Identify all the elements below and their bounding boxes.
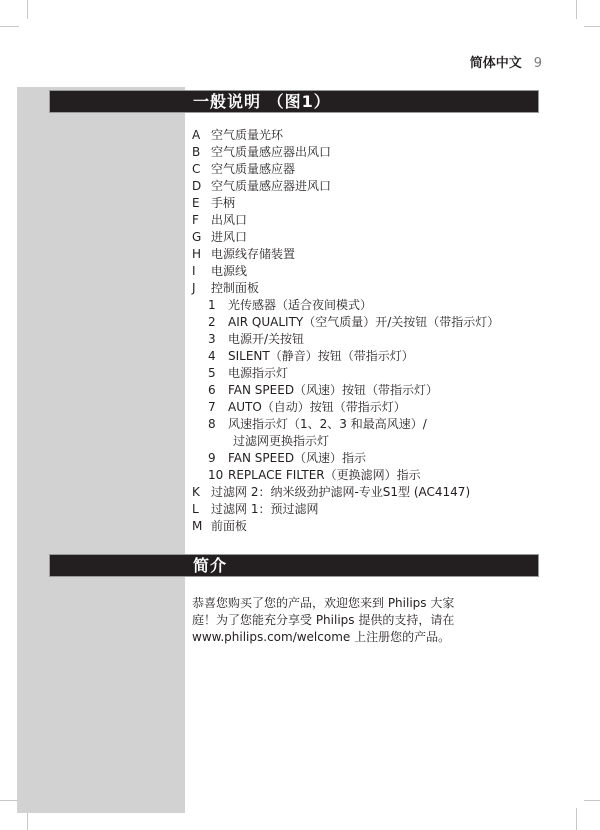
list-item: M前面板 xyxy=(192,518,542,535)
sub-list-item: 1光传感器（适合夜间模式） xyxy=(192,297,542,314)
margin-gray-column xyxy=(17,87,185,813)
list-item: A空气质量光环 xyxy=(192,127,542,144)
list-item: D空气质量感应器进风口 xyxy=(192,178,542,195)
list-item: I电源线 xyxy=(192,263,542,280)
crop-mark-top-right-v xyxy=(576,0,577,19)
list-item: G进风口 xyxy=(192,229,542,246)
list-item: B空气质量感应器出风口 xyxy=(192,144,542,161)
parts-list: A空气质量光环 B空气质量感应器出风口 C空气质量感应器 D空气质量感应器进风口… xyxy=(192,127,542,535)
crop-mark-bottom-left-v xyxy=(27,810,28,830)
section-header-general-description: 一般说明 （图1） xyxy=(49,90,539,113)
paragraph-line: 恭喜您购买了您的产品，欢迎您来到 Philips 大家 xyxy=(192,595,492,612)
section-header-introduction: 简介 xyxy=(49,554,539,577)
section-title: 简介 xyxy=(193,555,227,577)
crop-mark-top-left-h xyxy=(0,26,19,27)
language-label: 简体中文 xyxy=(470,56,522,71)
sub-list-item-continuation: 过滤网更换指示灯 xyxy=(192,433,542,450)
sub-list-item: 5电源指示灯 xyxy=(192,365,542,382)
list-item: J控制面板 xyxy=(192,280,542,297)
sub-list-item: 9FAN SPEED（风速）指示 xyxy=(192,450,542,467)
introduction-paragraph: 恭喜您购买了您的产品，欢迎您来到 Philips 大家 庭！为了您能充分享受 P… xyxy=(192,595,492,646)
crop-mark-top-left-v xyxy=(27,0,28,19)
list-item: L过滤网 1：预过滤网 xyxy=(192,501,542,518)
sub-list-item: 8风速指示灯（1、2、3 和最高风速）/ xyxy=(192,416,542,433)
sub-list-item: 2AIR QUALITY（空气质量）开/关按钮（带指示灯） xyxy=(192,314,542,331)
sub-list-item: 3电源开/关按钮 xyxy=(192,331,542,348)
section-title: 一般说明 （图1） xyxy=(193,91,331,113)
list-item: H电源线存储装置 xyxy=(192,246,542,263)
list-item: K过滤网 2：纳米级劲护滤网-专业S1型 (AC4147) xyxy=(192,484,542,501)
paragraph-line: 庭！为了您能充分享受 Philips 提供的支持，请在 xyxy=(192,612,492,629)
list-item: E手柄 xyxy=(192,195,542,212)
crop-mark-top-right-h xyxy=(584,26,600,27)
paragraph-line: www.philips.com/welcome 上注册您的产品。 xyxy=(192,629,492,646)
sub-list-item: 4SILENT（静音）按钮（带指示灯） xyxy=(192,348,542,365)
list-item: C空气质量感应器 xyxy=(192,161,542,178)
crop-mark-bottom-right-v xyxy=(576,808,577,830)
crop-mark-bottom-right-h xyxy=(584,800,600,801)
page-number: 9 xyxy=(534,56,542,71)
running-header: 简体中文9 xyxy=(470,52,542,71)
sub-list-item: 10REPLACE FILTER（更换滤网）指示 xyxy=(192,467,542,484)
list-item: F出风口 xyxy=(192,212,542,229)
sub-list-item: 7AUTO（自动）按钮（带指示灯） xyxy=(192,399,542,416)
sub-list-item: 6FAN SPEED（风速）按钮（带指示灯） xyxy=(192,382,542,399)
